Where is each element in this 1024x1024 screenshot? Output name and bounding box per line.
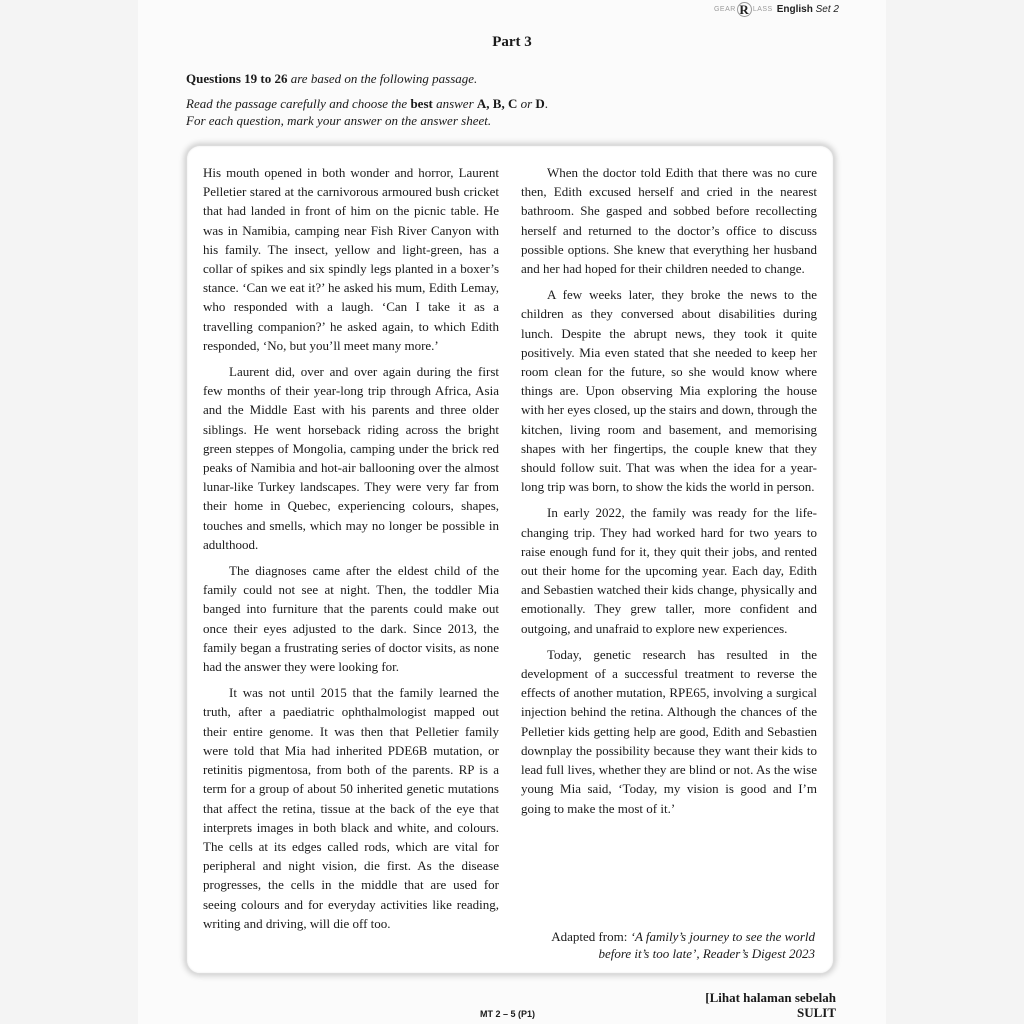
passage-paragraph: His mouth opened in both wonder and horr… (203, 163, 499, 355)
instruction-text: are based on the following passage. (287, 71, 477, 86)
subject-label: English Set 2 (777, 4, 839, 15)
instruction-line-1: Questions 19 to 26 are based on the foll… (186, 70, 477, 87)
passage-source: Adapted from: ‘A family’s journey to see… (521, 928, 815, 962)
answer-option-d: D (535, 96, 544, 111)
passage-paragraph: A few weeks later, they broke the news t… (521, 285, 817, 496)
passage-paragraph: In early 2022, the family was ready for … (521, 503, 817, 637)
next-page-note: [Lihat halaman sebelah (705, 990, 836, 1005)
subject-name: English (777, 4, 813, 15)
instruction-text: answer (433, 96, 477, 111)
publisher-logo: GEAR R LASS (714, 2, 773, 17)
instruction-line-3: For each question, mark your answer on t… (186, 112, 491, 129)
source-publication: , Reader’s Digest 2023 (696, 946, 815, 961)
logo-left-text: GEAR (714, 6, 736, 13)
source-title: ‘A family’s journey to see the world (631, 929, 815, 944)
passage-paragraph: It was not until 2015 that the family le… (203, 683, 499, 933)
instruction-emphasis: best (410, 96, 432, 111)
passage-paragraph: The diagnoses came after the eldest chil… (203, 561, 499, 676)
question-range: Questions 19 to 26 (186, 71, 287, 86)
answer-options: A, B, C (477, 96, 517, 111)
instruction-text: . (545, 96, 548, 111)
logo-letter-icon: R (737, 2, 752, 17)
source-prefix: Adapted from: (551, 929, 630, 944)
passage-left-column: His mouth opened in both wonder and horr… (203, 163, 499, 940)
logo-right-text: LASS (753, 6, 773, 13)
paper-code: MT 2 – 5 (P1) (480, 1009, 535, 1019)
header-brand: GEAR R LASS English Set 2 (714, 2, 839, 17)
passage-right-column: When the doctor told Edith that there wa… (521, 163, 817, 825)
source-title-cont: before it’s too late’ (598, 946, 696, 961)
passage-paragraph: Today, genetic research has resulted in … (521, 645, 817, 818)
classification-label: SULIT (705, 1005, 836, 1020)
instruction-line-2: Read the passage carefully and choose th… (186, 95, 548, 112)
part-title: Part 3 (0, 34, 1024, 51)
passage-paragraph: Laurent did, over and over again during … (203, 362, 499, 554)
set-number: Set 2 (816, 4, 839, 15)
footer-notice: [Lihat halaman sebelah SULIT (705, 990, 836, 1020)
instruction-text: Read the passage carefully and choose th… (186, 96, 410, 111)
instruction-text: For each question, mark your answer on t… (186, 113, 491, 128)
instruction-text: or (517, 96, 535, 111)
passage-paragraph: When the doctor told Edith that there wa… (521, 163, 817, 278)
